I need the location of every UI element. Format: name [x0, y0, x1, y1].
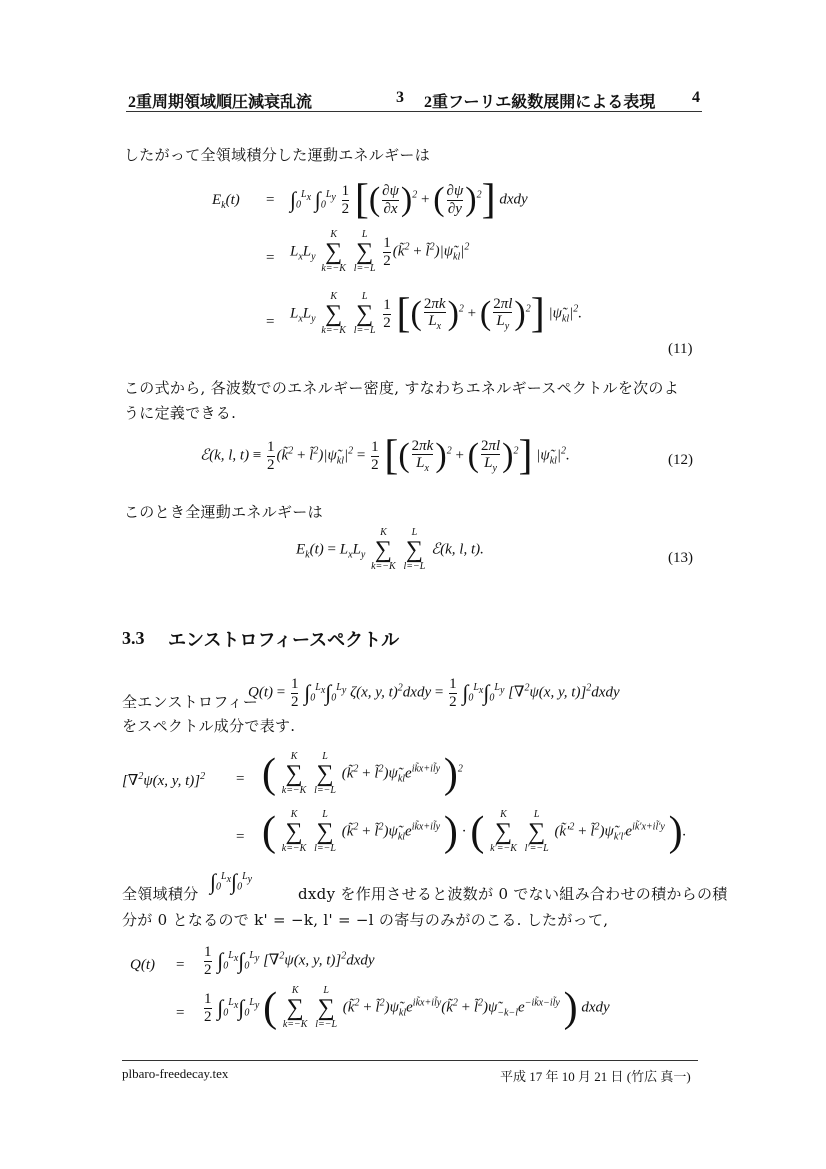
- page-number: 4: [692, 89, 700, 107]
- running-header-section-title: 2重フーリエ級数展開による表現: [424, 89, 655, 112]
- header-rule: [126, 111, 702, 112]
- eq-laplacian-equals-1: =: [236, 771, 244, 788]
- eq-Q-line1: 12 ∫0Lx∫0Ly [∇2ψ(x, y, t)]2dxdy: [202, 944, 375, 978]
- footer-filename: plbaro-freedecay.tex: [122, 1066, 228, 1082]
- eq12-number: (12): [668, 452, 693, 469]
- eq-laplacian-equals-2: =: [236, 829, 244, 846]
- paragraph-integration-rest: dxdy を作用させると波数が 0 でない組み合わせの積からの積: [298, 883, 728, 904]
- paragraph-enstrophy-prefix: 全エンストロフィー: [122, 691, 258, 712]
- paragraph-enstrophy-line2: をスペクトル成分で表す.: [122, 715, 295, 736]
- eq11-lhs: Ek(t): [212, 192, 240, 211]
- running-header-title: 2重周期領域順圧減衰乱流: [128, 89, 312, 112]
- paragraph-energy-spectrum-line2: うに定義できる.: [124, 402, 236, 423]
- eq13-body: Ek(t) = LxLy K∑k=−K L∑l=−L ℰ(k, l, t).: [296, 528, 484, 572]
- paragraph-integration-prefix: 全領域積分: [122, 883, 199, 904]
- eq13-number: (13): [668, 550, 693, 567]
- paragraph-enstrophy-math: Q(t) = 12 ∫0Lx∫0Ly ζ(x, y, t)2dxdy = 12 …: [248, 676, 620, 710]
- paragraph-total-energy: このとき全運動エネルギーは: [124, 501, 323, 522]
- section-number: 3.3: [122, 628, 145, 649]
- eq11-equals-3: =: [266, 314, 274, 331]
- eq11-line3: LxLy K∑k=−K L∑l=−L 12 [(2πkLx)2 + (2πlLy…: [290, 290, 582, 338]
- footer-date-author: 平成 17 年 10 月 21 日 (竹広 真一): [500, 1066, 691, 1085]
- eq-Q-line2: 12 ∫0Lx∫0Ly ( K∑k=−K L∑l=−L (k̃2 + l̃2)ψ…: [202, 984, 610, 1032]
- paragraph-integration-line2: 分が 0 となるので k' = −k, l' = −l の寄与のみがのこる. し…: [122, 909, 608, 930]
- eq11-equals-1: =: [266, 192, 274, 209]
- eq-Q-equals-1: =: [176, 957, 184, 974]
- section-title: エンストロフィースペクトル: [168, 626, 399, 652]
- footer-rule: [122, 1060, 698, 1061]
- paragraph-energy-spectrum-line1: この式から, 各波数でのエネルギー密度, すなわちエネルギースペクトルを次のよ: [124, 377, 679, 398]
- eq12-body: ℰ(k, l, t) ≡ 12(k̃2 + l̃2)|ψ̃kl|2 = 12 […: [200, 432, 570, 480]
- eq-Q-equals-2: =: [176, 1005, 184, 1022]
- eq-laplacian-line2: ( K∑k=−K L∑l=−L (k̃2 + l̃2)ψ̃kleik̃x+il̃…: [262, 808, 686, 856]
- eq-laplacian-line1: ( K∑k=−K L∑l=−L (k̃2 + l̃2)ψ̃kleik̃x+il̃…: [262, 750, 463, 798]
- eq11-line1: ∫0Lx ∫0Ly 12 [(∂ψ∂x)2 + (∂ψ∂y)2] dxdy: [290, 176, 528, 224]
- paragraph-integration-math: ∫0Lx∫0Ly: [210, 869, 252, 895]
- running-header-section-number: 3: [396, 89, 404, 107]
- paragraph-kinetic-energy-intro: したがって全領域積分した運動エネルギーは: [124, 144, 430, 165]
- eq11-line2: LxLy K∑k=−K L∑l=−L 12(k̃2 + l̃2)|ψ̃kl|2: [290, 230, 469, 274]
- eq-Q-lhs: Q(t): [130, 957, 155, 974]
- eq11-number: (11): [668, 341, 692, 358]
- eq-laplacian-lhs: [∇2ψ(x, y, t)]2: [122, 771, 205, 790]
- eq11-equals-2: =: [266, 250, 274, 267]
